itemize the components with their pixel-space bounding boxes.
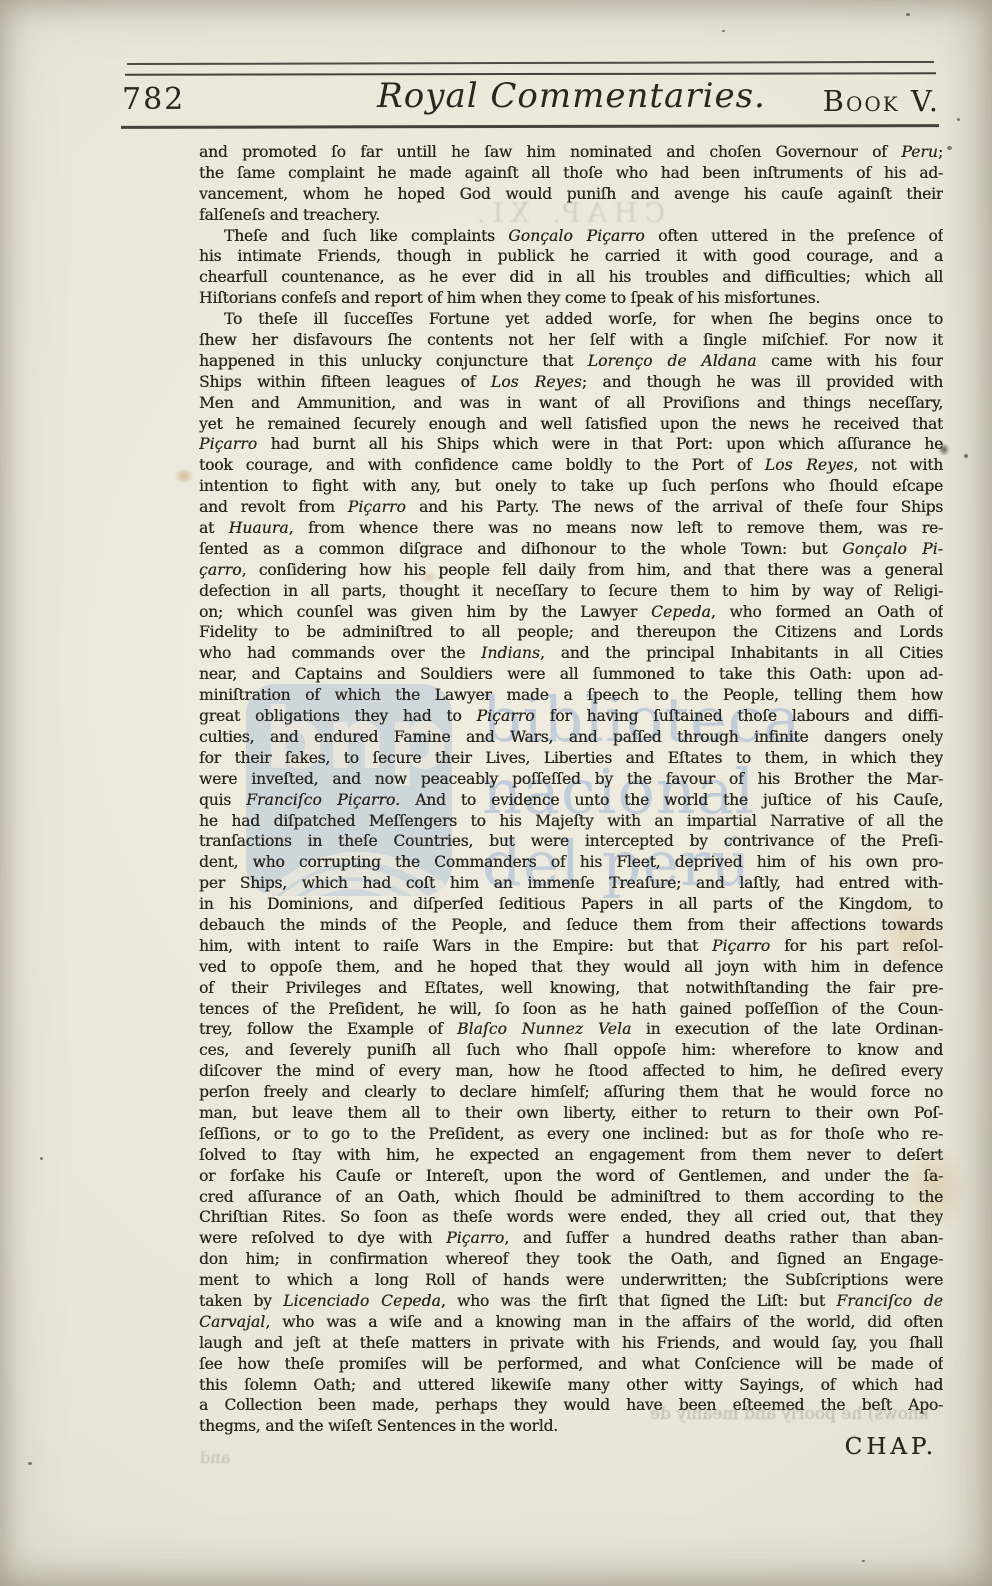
header-rule-top-outer <box>127 61 934 65</box>
text-line: for their ſakes, to ſecure their Lives, … <box>199 748 943 769</box>
text-line: perſon freely and clearly to declare him… <box>199 1082 943 1103</box>
text-line: intention to fight with any, but onely t… <box>199 476 943 497</box>
ink-speck <box>722 30 725 32</box>
text-line: and revolt from Piçarro and his Party. T… <box>199 497 943 518</box>
text-line: debauch the minds of the People, and ſed… <box>199 915 943 936</box>
text-line: culties, and endured Famine and Wars, an… <box>199 727 943 748</box>
paper-stain <box>174 468 194 484</box>
text-line: tranſactions in theſe Countries, but wer… <box>199 831 943 852</box>
text-line: ſeſſions, or to go to the Preſident, as … <box>199 1124 943 1145</box>
text-line: miniſtration of which the Lawyer made a … <box>199 685 943 706</box>
text-line: of their Privileges and Eſtates, well kn… <box>199 978 943 999</box>
header-rule-bottom <box>121 124 939 129</box>
ink-speck <box>906 13 910 16</box>
text-line: Carvajal, who was a wiſe and a knowing m… <box>199 1312 943 1333</box>
text-line: he had diſpatched Meſſengers to his Maje… <box>199 811 943 832</box>
text-line: To theſe ill ſucceſſes Fortune yet added… <box>199 309 943 330</box>
bleedthrough-text-left: and <box>200 1448 230 1467</box>
text-line: man, but leave them all to their own lib… <box>199 1103 943 1124</box>
paragraph: Theſe and ſuch like complaints Gonçalo P… <box>199 226 943 310</box>
text-line: falſeneſs and treachery. <box>199 205 943 226</box>
ink-speck <box>957 118 960 121</box>
text-line: Theſe and ſuch like complaints Gonçalo P… <box>199 226 943 247</box>
paragraph: and promoted ſo far untill he ſaw him no… <box>199 142 943 226</box>
text-line: ſhew her disfavours ſhe contents not her… <box>199 330 943 351</box>
text-line: per Ships, which had coſt him an immenſe… <box>199 873 943 894</box>
text-line: ved to oppoſe them, and he hoped that th… <box>199 957 943 978</box>
text-line: at Huaura, from whence there was no mean… <box>199 518 943 539</box>
body-text: and promoted ſo far untill he ſaw him no… <box>199 142 943 1437</box>
text-line: Fidelity to be adminiſtred to all people… <box>199 622 943 643</box>
text-line: yet he remained ſecurely enough and well… <box>199 414 943 435</box>
text-line: him, with intent to raiſe Wars in the Em… <box>199 936 943 957</box>
text-line: vancement, whom he hoped God would puniſ… <box>199 184 943 205</box>
paragraph: To theſe ill ſucceſſes Fortune yet added… <box>199 309 943 1437</box>
text-line: were reſolved to dye with Piçarro, and ſ… <box>199 1228 943 1249</box>
text-line: cred aſſurance of an Oath, which ſhould … <box>199 1187 943 1208</box>
ink-speck <box>28 1462 32 1465</box>
catchword: CHAP. <box>845 1434 937 1460</box>
text-line: were inveſted, and now peaceably poſſeſſ… <box>199 769 943 790</box>
text-line: who had commands over the Indians, and t… <box>199 643 943 664</box>
ink-speck <box>862 1560 865 1562</box>
text-line: ment to which a long Roll of hands were … <box>199 1270 943 1291</box>
text-line: on; which counſel was given him by the L… <box>199 602 943 623</box>
text-line: Men and Ammunition, and was in want of a… <box>199 393 943 414</box>
text-line: diſcover the mind of every man, how he ſ… <box>199 1061 943 1082</box>
text-line: laugh and jeſt at theſe matters in priva… <box>199 1333 943 1354</box>
text-line: dent, who corrupting the Commanders of h… <box>199 852 943 873</box>
text-line: this ſolemn Oath; and uttered likewiſe m… <box>199 1375 943 1396</box>
text-line: trey, follow the Example of Blaſco Nunne… <box>199 1019 943 1040</box>
ink-smudge <box>938 443 950 456</box>
text-line: defection in all parts, thought it neceſ… <box>199 581 943 602</box>
text-line: tences of the Preſident, he will, ſo ſoo… <box>199 999 943 1020</box>
text-line: Ships within fifteen leagues of Los Reye… <box>199 372 943 393</box>
ink-speck <box>964 454 968 458</box>
text-line: Piçarro had burnt all his Ships which we… <box>199 434 943 455</box>
text-line: his intimate Friends, though in publick … <box>199 246 943 267</box>
text-line: near, and Captains and Souldiers were al… <box>199 664 943 685</box>
text-line: in his Dominions, and diſperſed ſeditiou… <box>199 894 943 915</box>
text-line: taken by Licenciado Cepeda, who was the … <box>199 1291 943 1312</box>
text-line: quis Franciſco Piçarro. And to evidence … <box>199 790 943 811</box>
text-line: Chriſtian Rites. So ſoon as theſe words … <box>199 1207 943 1228</box>
text-line: Hiſtorians confeſs and report of him whe… <box>199 288 943 309</box>
text-line: çarro, conſidering how his people fell d… <box>199 560 943 581</box>
book-label: Book V. <box>823 84 940 118</box>
text-line: great obligations they had to Piçarro fo… <box>199 706 943 727</box>
text-line: happened in this unlucky conjuncture tha… <box>199 351 943 372</box>
text-line: thegms, and the wiſeſt Sentences in the … <box>199 1416 943 1437</box>
text-line: chearfull countenance, as he ever did in… <box>199 267 943 288</box>
text-line: ces, and ſeverely puniſh all ſuch who ſh… <box>199 1040 943 1061</box>
text-line: and promoted ſo far untill he ſaw him no… <box>199 142 943 163</box>
text-line: ſented as a common diſgrace and diſhonou… <box>199 539 943 560</box>
text-line: a Collection been made, perhaps they wou… <box>199 1395 943 1416</box>
ink-speck <box>40 1157 43 1160</box>
ink-speck <box>947 146 952 150</box>
text-line: took courage, and with confidence came b… <box>199 455 943 476</box>
book-page-scan: CHAP. XI. knows) he poorly and meanly de… <box>0 0 992 1586</box>
text-line: ſee how theſe promiſes will be performed… <box>199 1354 943 1375</box>
text-line: ſolved to ſtay with him, he expected an … <box>199 1145 943 1166</box>
page-number: 782 <box>122 82 185 117</box>
text-line: or forſake his Cauſe or Intereſt, upon t… <box>199 1166 943 1187</box>
text-line: the ſame complaint he made againſt all t… <box>199 163 943 184</box>
text-line: don him; in confirmation whereof they to… <box>199 1249 943 1270</box>
